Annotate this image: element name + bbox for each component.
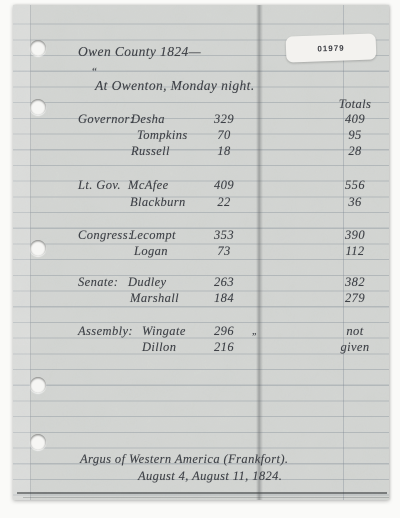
vote-count: 353 — [203, 228, 245, 243]
result-row: Senate: Dudley 263 382 — [0, 275, 400, 291]
vote-count: 329 — [203, 112, 245, 127]
total-count: 279 — [333, 291, 377, 306]
candidate-name: Tompkins — [137, 128, 188, 143]
result-row: Lt. Gov. McAfee 409 556 — [0, 178, 400, 194]
result-row: Marshall 184 279 — [0, 291, 400, 307]
binder-hole — [30, 434, 46, 450]
candidate-name: Lecompt — [130, 228, 176, 243]
candidate-name: Dudley — [128, 275, 167, 290]
total-count: given — [333, 340, 377, 355]
vote-count: 263 — [203, 275, 245, 290]
paper-bottom-edge — [17, 492, 387, 494]
vote-count: 216 — [203, 340, 245, 355]
scanned-document: 01979 Owen County 1824— “ At Owenton, Mo… — [0, 0, 400, 518]
opening-quote-mark: “ — [91, 66, 98, 78]
result-row: Dillon 216 given — [0, 340, 400, 356]
page-title: Owen County 1824— — [78, 44, 201, 60]
result-row: Governor: Desha 329 409 — [0, 112, 400, 128]
archive-number: 01979 — [317, 43, 345, 53]
totals-column-header: Totals — [333, 97, 377, 112]
result-row: Blackburn 22 36 — [0, 195, 400, 211]
candidate-name: Logan — [134, 244, 168, 259]
source-citation-dates: August 4, August 11, 1824. — [138, 469, 282, 484]
archive-label-sticker: 01979 — [286, 33, 377, 62]
total-count: 95 — [333, 128, 377, 143]
total-count: 28 — [333, 144, 377, 159]
candidate-name: Dillon — [142, 340, 176, 355]
candidate-name: Russell — [131, 144, 170, 159]
candidate-name: Wingate — [142, 324, 186, 339]
vote-count: 409 — [203, 178, 245, 193]
candidate-name: Blackburn — [130, 195, 186, 210]
candidate-name: Marshall — [130, 291, 179, 306]
result-row: Logan 73 112 — [0, 244, 400, 260]
vote-count: 296 — [203, 324, 245, 339]
total-count: 390 — [333, 228, 377, 243]
office-label: Assembly: — [78, 324, 133, 339]
result-row: Assembly: Wingate 296 „ not — [0, 324, 400, 340]
binder-hole — [30, 377, 46, 393]
total-count: 556 — [333, 178, 377, 193]
office-label: Senate: — [78, 275, 118, 290]
total-count: 409 — [333, 112, 377, 127]
total-count: 112 — [333, 244, 377, 259]
source-citation: Argus of Western America (Frankfort). — [80, 452, 288, 467]
result-row: Tompkins 70 95 — [0, 128, 400, 144]
result-row: Congress: Lecompt 353 390 — [0, 228, 400, 244]
total-count: 382 — [333, 275, 377, 290]
paper-bottom-edge-shadow — [23, 497, 389, 498]
vote-count: 70 — [203, 128, 245, 143]
binder-hole — [30, 40, 46, 56]
office-label: Congress: — [78, 228, 133, 243]
page-subtitle: At Owenton, Monday night. — [95, 78, 255, 94]
candidate-name: Desha — [131, 112, 165, 127]
office-label: Governor: — [78, 112, 134, 127]
ditto-mark: „ — [252, 326, 258, 337]
result-row: Russell 18 28 — [0, 144, 400, 160]
vote-count: 73 — [203, 244, 245, 259]
vote-count: 18 — [203, 144, 245, 159]
candidate-name: McAfee — [128, 178, 169, 193]
vote-count: 22 — [203, 195, 245, 210]
vote-count: 184 — [203, 291, 245, 306]
office-label: Lt. Gov. — [78, 178, 121, 193]
total-count: not — [333, 324, 377, 339]
total-count: 36 — [333, 195, 377, 210]
